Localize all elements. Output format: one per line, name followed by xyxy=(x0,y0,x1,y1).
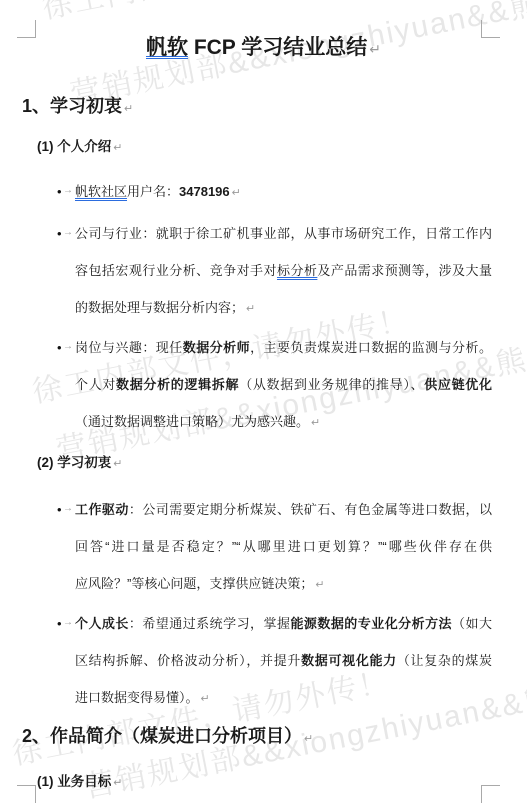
tab-mark-icon: → xyxy=(63,214,73,251)
text-line[interactable]: •→个人成长：希望通过系统学习，掌握能源数据的专业化分析方法（如大 xyxy=(75,605,492,642)
text-line[interactable]: •→帆软社区用户名：3478196↵ xyxy=(75,173,492,212)
text-segment: （从数据到业务规律的推导）、 xyxy=(239,377,424,392)
text-line[interactable]: （通过数据调整进口策略）尤为感兴趣。↵ xyxy=(75,403,492,442)
text-segment: 区结构拆解、价格波动分析），并提升 xyxy=(75,653,301,668)
text-line[interactable]: 区结构拆解、价格波动分析），并提升数据可视化能力（让复杂的煤炭 xyxy=(75,642,492,679)
text-segment: 数据分析的逻辑拆解 xyxy=(116,377,239,392)
spellcheck-underlined-text: 帆软 xyxy=(146,36,188,59)
paragraph-mark-icon: ↵ xyxy=(113,777,122,789)
text-segment: 2、作品简介（煤炭进口分析项目） xyxy=(22,726,302,746)
bullet-personal-growth[interactable]: •→个人成长：希望通过系统学习，掌握能源数据的专业化分析方法（如大区结构拆解、价… xyxy=(0,605,527,718)
bullet-company-industry[interactable]: •→公司与行业：就职于徐工矿机事业部，从事市场研究工作，日常工作内容包括宏观行业… xyxy=(0,215,527,328)
margin-crop-mark-top-right xyxy=(481,20,500,38)
tab-mark-icon: → xyxy=(63,490,73,527)
text-segment: 公司与行业：就职于徐工矿机事业部，从事市场研究工作，日常工作内 xyxy=(75,226,492,241)
text-segment: 的数据处理与数据分析内容； xyxy=(75,300,244,315)
paragraph-mark-icon: ↵ xyxy=(304,733,313,745)
document-content[interactable]: 帆软 FCP 学习结业总结↵1、学习初衷↵(1) 个人介绍↵•→帆软社区用户名：… xyxy=(0,0,527,812)
bullet-marker: • xyxy=(57,491,62,528)
paragraph-mark-icon: ↵ xyxy=(246,303,255,315)
text-segment: 岗位与兴趣：现任 xyxy=(75,340,183,355)
bullet-community-username[interactable]: •→帆软社区用户名：3478196↵ xyxy=(0,173,527,212)
text-line[interactable]: 个人对数据分析的逻辑拆解（从数据到业务规律的推导）、供应链优化 xyxy=(75,366,492,403)
text-line[interactable]: 的数据处理与数据分析内容；↵ xyxy=(75,289,492,328)
bullet-role-interest[interactable]: •→岗位与兴趣：现任数据分析师，主要负责煤炭进口数据的监测与分析。个人对数据分析… xyxy=(0,329,527,442)
spellcheck-underlined-text: 标分析 xyxy=(277,263,317,278)
text-segment: (1) 个人介绍 xyxy=(37,139,111,154)
text-segment: 3478196 xyxy=(179,184,230,199)
paragraph-mark-icon: ↵ xyxy=(369,41,381,57)
paragraph-mark-icon: ↵ xyxy=(232,187,241,199)
text-segment: （让复杂的煤炭 xyxy=(397,653,492,668)
text-segment: （如大 xyxy=(452,616,492,631)
text-line[interactable]: 应风险？”等核心问题，支撑供应链决策；↵ xyxy=(75,565,492,604)
paragraph-mark-icon: ↵ xyxy=(113,142,122,154)
text-segment: 供应链优化 xyxy=(424,377,492,392)
text-segment: 个人成长 xyxy=(75,616,129,631)
text-segment: 及产品需求预测等，涉及大量 xyxy=(317,263,492,278)
text-segment: ：公司需要定期分析煤炭、铁矿石、有色金属等进口数据，以 xyxy=(129,502,492,517)
text-segment: FCP 学习结业总结 xyxy=(188,36,367,59)
heading-2-work-intro[interactable]: 2、作品简介（煤炭进口分析项目）↵ xyxy=(0,718,527,757)
bullet-marker: • xyxy=(57,329,62,366)
text-segment: 进口数据变得易懂）。 xyxy=(75,690,199,705)
text-segment: ：希望通过系统学习，掌握 xyxy=(129,616,291,631)
paragraph-mark-icon: ↵ xyxy=(311,417,320,429)
text-line[interactable]: •→岗位与兴趣：现任数据分析师，主要负责煤炭进口数据的监测与分析。 xyxy=(75,329,492,366)
text-line[interactable]: 进口数据变得易懂）。↵ xyxy=(75,679,492,718)
tab-mark-icon: → xyxy=(63,172,73,209)
text-line[interactable]: •→公司与行业：就职于徐工矿机事业部，从事市场研究工作，日常工作内 xyxy=(75,215,492,252)
tab-mark-icon: → xyxy=(63,328,73,365)
text-segment: 能源数据的专业化分析方法 xyxy=(290,616,452,631)
paragraph-mark-icon: ↵ xyxy=(201,693,210,705)
text-segment: (1) 业务目标 xyxy=(37,774,111,789)
text-segment: 1、学习初衷 xyxy=(22,96,122,116)
text-segment: 个人对 xyxy=(75,377,116,392)
margin-crop-mark-bottom-left xyxy=(17,785,36,803)
paragraph-mark-icon: ↵ xyxy=(113,458,122,470)
bullet-work-driven[interactable]: •→工作驱动：公司需要定期分析煤炭、铁矿石、有色金属等进口数据，以回答“进口量是… xyxy=(0,491,527,604)
text-segment: 数据可视化能力 xyxy=(301,653,397,668)
doc-title[interactable]: 帆软 FCP 学习结业总结↵ xyxy=(0,30,527,67)
text-segment: 数据分析师 xyxy=(183,340,250,355)
spellcheck-underlined-text: 帆软社区 xyxy=(75,184,127,199)
text-segment: （通过数据调整进口策略）尤为感兴趣。 xyxy=(75,414,309,429)
word-document-page: 徐工内部文件，请勿外传！ 营销规划部&&xiongzhiyuan&&熊志远 徐工… xyxy=(0,0,527,812)
heading-1-2-learning-motive[interactable]: (2) 学习初衷↵ xyxy=(0,444,527,483)
text-segment: 用户名： xyxy=(127,184,179,199)
tab-mark-icon: → xyxy=(63,604,73,641)
bullet-marker: • xyxy=(57,173,62,210)
text-segment: 容包括宏观行业分析、竞争对手对 xyxy=(75,263,277,278)
text-segment: 应风险？”等核心问题，支撑供应链决策； xyxy=(75,576,313,591)
text-segment: 工作驱动 xyxy=(75,502,129,517)
bullet-marker: • xyxy=(57,215,62,252)
paragraph-mark-icon: ↵ xyxy=(124,103,133,115)
heading-1-learning-motive[interactable]: 1、学习初衷↵ xyxy=(0,88,527,127)
text-segment: (2) 学习初衷 xyxy=(37,455,111,470)
text-line[interactable]: 容包括宏观行业分析、竞争对手对标分析及产品需求预测等，涉及大量 xyxy=(75,252,492,289)
text-line[interactable]: 回答“进口量是否稳定？”“从哪里进口更划算？”“哪些伙伴存在供 xyxy=(75,528,492,565)
text-segment: 回答“进口量是否稳定？”“从哪里进口更划算？”“哪些伙伴存在供 xyxy=(75,539,492,554)
margin-crop-mark-top-left xyxy=(17,20,36,38)
text-segment: ，主要负责煤炭进口数据的监测与分析。 xyxy=(250,340,492,355)
heading-2-1-business-goal[interactable]: (1) 业务目标↵ xyxy=(0,763,527,802)
margin-crop-mark-bottom-right xyxy=(481,785,500,803)
heading-1-1-personal-intro[interactable]: (1) 个人介绍↵ xyxy=(0,128,527,167)
text-line[interactable]: •→工作驱动：公司需要定期分析煤炭、铁矿石、有色金属等进口数据，以 xyxy=(75,491,492,528)
paragraph-mark-icon: ↵ xyxy=(315,579,324,591)
bullet-marker: • xyxy=(57,605,62,642)
